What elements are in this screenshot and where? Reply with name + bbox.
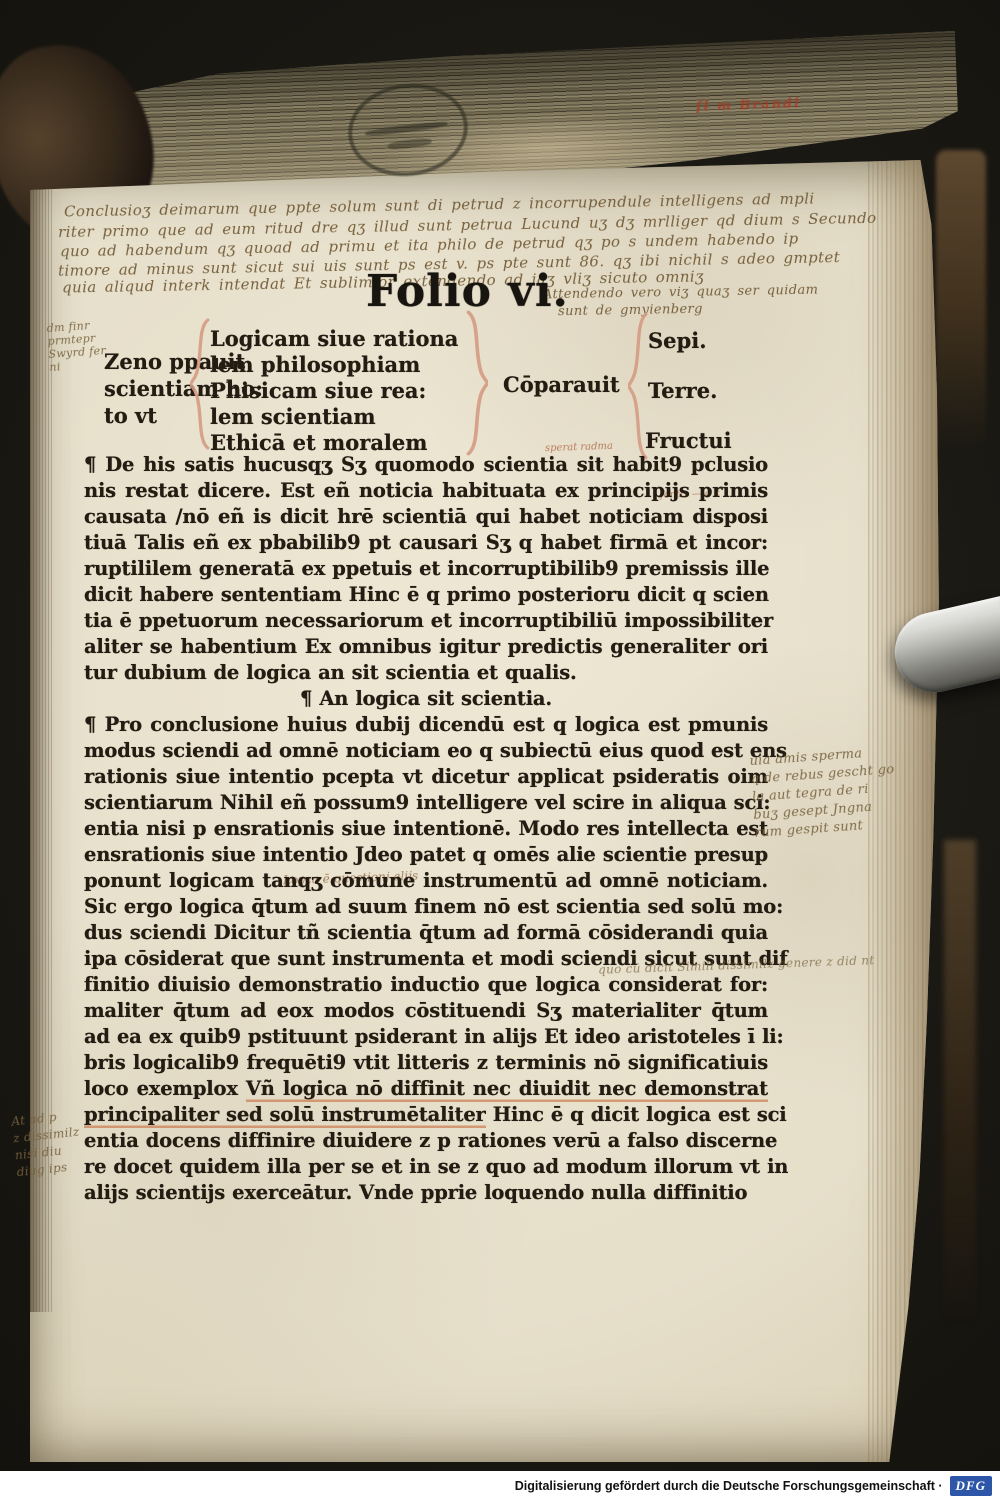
margin-note-left-upper: dm finr prmtepr Swyrd fer ni [46,318,107,374]
dfg-logo: DFG [950,1476,992,1496]
diagram-right-item: Terre. [648,378,717,404]
scanned-book-photo: ſl m Brandl Conclusioʒ deimarum que ppte… [0,0,1000,1500]
body-text-line: re docet quidem illa per se et in se z q… [84,1154,768,1180]
body-text-line: ensrationis siue intentio Jdeo patet q o… [84,842,768,868]
body-text-line: ¶ Pro conclusione huius dubij dicendū es… [84,712,768,738]
body-text-line: ¶ De his satis hucusqʒ Sʒ quomodo scient… [84,452,768,478]
body-text-line: ad ea ex quib9 pstituunt psiderant in al… [84,1024,768,1050]
opening-brace-icon [190,318,210,450]
line-fragment: loco exemplox [84,1077,246,1100]
body-text-line: bris logicalib9 frequēti9 vtit litteris … [84,1050,768,1076]
diagram-right-item: Fructui [645,428,732,454]
diagram-left-label: to vt [104,403,157,429]
body-text-line: Sic ergo logica q̄tum ad suum finem nō e… [84,894,768,920]
body-text-line: modus sciendi ad omnē noticiam eo q subi… [84,738,768,764]
body-text-line: aliter se habentium Ex omnibus igitur pr… [84,634,768,660]
page-title: Folio vi. [366,268,569,316]
body-text-line: rationis siue intentio pcepta vt dicetur… [84,764,768,790]
body-text-line: ponunt logicam tanqʒ cōmune instrumentū … [84,868,768,894]
body-text-line: dus sciendi Dicitur tñ scientia q̄tum ad… [84,920,768,946]
margin-note-right: uia amis sperma q de rebus gescht go la … [749,743,899,843]
diagram-right-item: Sepi. [648,328,707,354]
body-text-line: scientiarum Nihil eñ possum9 intelligere… [84,790,768,816]
body-text-line: alijs scientijs exerceātur. Vnde pprie l… [84,1180,768,1206]
rubricated-underline-fragment: principaliter sed solū instrumētaliter [84,1103,486,1128]
diagram-middle-item: lem philosophiam [210,352,420,378]
manuscript-annotation-line: Attendendo vero viʒ quaʒ ser quidam [543,283,819,304]
margin-note-line: ni [49,357,107,374]
rubricated-underline-fragment: Vñ logica nō diffinit nec diuidit nec de… [246,1077,768,1102]
diagram-middle-item: Phisicam siue rea: [210,378,426,404]
line-fragment: Hinc ē q dicit logica est sci [486,1103,787,1126]
body-text-line: causata /nō eñ is dicit hrē scientiā qui… [84,504,768,530]
margin-note-left-lower: At ad p z dissimilz nisi diu diug ips [11,1107,84,1182]
diagram-middle-item: Logicam siue rationa [210,326,458,352]
body-text-line: tia ē ppetuorum necessariorum et incorru… [84,608,768,634]
body-text-line: entia docens diffinire diuidere z p rati… [84,1128,768,1154]
body-text-line: tiuā Talis eñ ex pbabilib9 pt causari Sʒ… [84,530,768,556]
body-text-line: tur dubium de logica an sit scientia et … [84,660,768,686]
section-heading: ¶ An logica sit scientia. [84,686,768,712]
diagram-connector: Cōparauit [503,372,620,398]
page-content: Conclusioʒ deimarum que ppte solum sunt … [0,0,1000,1500]
body-text-line: ruptililem generatā ex ppetuis et incorr… [84,556,768,582]
closing-brace-icon [466,310,488,456]
body-text-line-underlined: principaliter sed solū instrumētaliter H… [84,1102,768,1128]
credit-text: Digitalisierung gefördert durch die Deut… [515,1479,943,1493]
diagram-middle-item: lem scientiam [210,404,376,430]
digitization-credit-bar: Digitalisierung gefördert durch die Deut… [0,1471,1000,1500]
body-text-line-underlined: loco exemplox Vñ logica nō diffinit nec … [84,1076,768,1102]
body-text-line: dicit habere sententiam Hinc ē q primo p… [84,582,768,608]
body-text-line: nis restat dicere. Est eñ noticia habitu… [84,478,768,504]
body-text-line: maliter q̄tum ad eox modos cōstituendi S… [84,998,768,1024]
body-text-line: entia nisi p ensrationis siue intentionē… [84,816,768,842]
